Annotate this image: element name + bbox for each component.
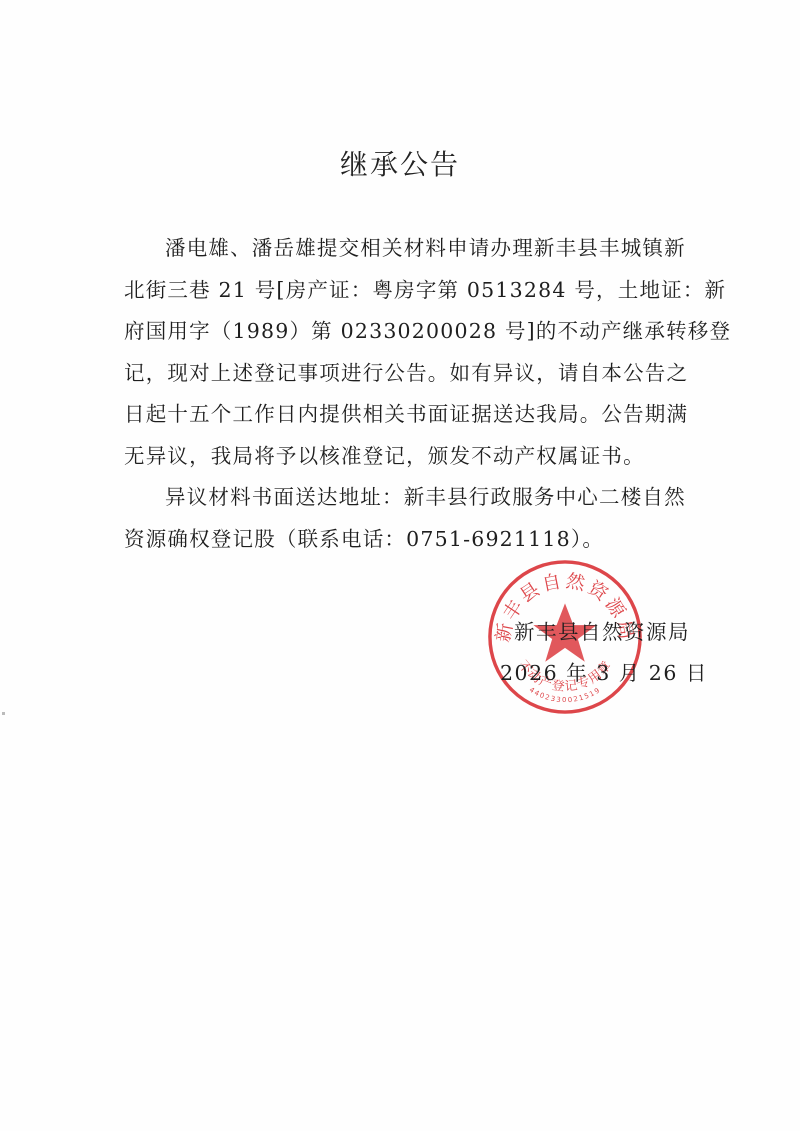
text-line: 记，现对上述登记事项进行公告。如有异议，请自本公告之: [124, 353, 690, 395]
text-line: 资源确权登记股（联系电话：0751-6921118）。: [124, 519, 690, 561]
paragraph-announcement: 潘电雄、潘岳雄提交相关材料申请办理新丰县丰城镇新 北街三巷 21 号[房产证：粤…: [124, 228, 690, 477]
document-title: 继承公告: [0, 143, 800, 183]
text-line: 日起十五个工作日内提供相关书面证据送达我局。公告期满: [124, 394, 690, 436]
issue-date: 2026 年 3 月 26 日: [500, 653, 690, 694]
text-line: 北街三巷 21 号[房产证：粤房字第 0513284 号，土地证：新: [124, 270, 690, 312]
issuer-name: 新丰县自然资源局: [500, 612, 690, 653]
document-body: 潘电雄、潘岳雄提交相关材料申请办理新丰县丰城镇新 北街三巷 21 号[房产证：粤…: [124, 228, 690, 560]
text-line: 异议材料书面送达地址：新丰县行政服务中心二楼自然: [124, 477, 690, 519]
scan-artifact: [2, 712, 5, 715]
document-page: 继承公告 潘电雄、潘岳雄提交相关材料申请办理新丰县丰城镇新 北街三巷 21 号[…: [0, 0, 800, 1131]
paragraph-objection-address: 异议材料书面送达地址：新丰县行政服务中心二楼自然 资源确权登记股（联系电话：07…: [124, 477, 690, 560]
text-line: 潘电雄、潘岳雄提交相关材料申请办理新丰县丰城镇新: [124, 228, 690, 270]
signature-block: 新丰县自然资源局 2026 年 3 月 26 日: [500, 612, 690, 694]
text-line: 无异议，我局将予以核准登记，颁发不动产权属证书。: [124, 436, 690, 478]
text-line: 府国用字（1989）第 02330200028 号]的不动产继承转移登: [124, 311, 690, 353]
